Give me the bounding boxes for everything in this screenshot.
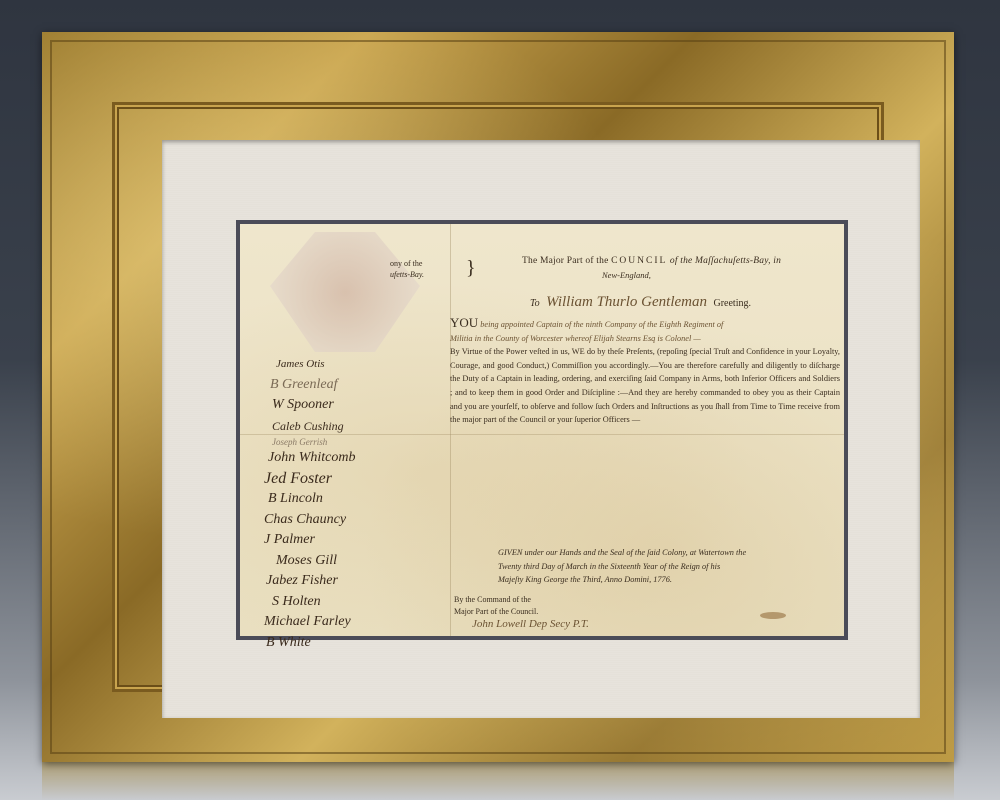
body-line-1: YOU being appointed Captain of the ninth… xyxy=(450,316,840,332)
signature: Jed Foster xyxy=(258,469,418,490)
salutation: To William Thurlo Gentleman Greeting. xyxy=(530,294,751,311)
commission-text: By Virtue of the Power veſted in us, WE … xyxy=(450,345,840,427)
signature: Caleb Cushing xyxy=(258,416,418,437)
linen-mat: ony of the ufetts-Bay. } The Major Part … xyxy=(162,140,920,718)
fold-line-vertical xyxy=(450,224,451,636)
signature: B Greenleaf xyxy=(258,375,418,396)
signature: Moses Gill xyxy=(258,551,418,572)
mat-bevel: ony of the ufetts-Bay. } The Major Part … xyxy=(236,220,848,640)
heading-suffix: of the Maſſachuſetts-Bay, in xyxy=(670,256,781,266)
signature: Chas Chauncy xyxy=(258,510,418,531)
document-heading: The Major Part of the COUNCIL of the Maſ… xyxy=(522,256,781,266)
signature: Joseph Gerrish xyxy=(258,436,418,448)
signature: S Holten xyxy=(258,592,418,613)
given-line-2: Twenty third Day of March in the Sixteen… xyxy=(498,560,838,574)
council-signatures: James Otis B Greenleaf W Spooner Caleb C… xyxy=(258,354,418,653)
given-line-1: GIVEN under our Hands and the Seal of th… xyxy=(498,546,838,560)
signature: Jabez Fisher xyxy=(258,571,418,592)
commission-document: ony of the ufetts-Bay. } The Major Part … xyxy=(240,224,844,636)
colony-label: ony of the ufetts-Bay. xyxy=(390,258,424,280)
appointment-text: being appointed Captain of the ninth Com… xyxy=(480,320,723,329)
heading-new-england: New-England, xyxy=(602,270,651,280)
body-lead-word: YOU xyxy=(450,315,478,330)
militia-text: Militia in the County of Worcester where… xyxy=(450,332,840,346)
colony-label-line: ony of the xyxy=(390,258,424,269)
signature: B White xyxy=(258,633,418,654)
signature: B Lincoln xyxy=(258,489,418,510)
signature: John Whitcomb xyxy=(258,448,418,469)
salutation-to: To xyxy=(530,298,540,309)
brace-glyph: } xyxy=(466,258,476,278)
given-line-3: Majeſty King George the Third, Anno Domi… xyxy=(498,573,838,587)
signature: Michael Farley xyxy=(258,612,418,633)
salutation-greeting: Greeting. xyxy=(714,298,752,309)
heading-council: COUNCIL xyxy=(611,256,667,266)
signature: J Palmer xyxy=(258,530,418,551)
commission-body: YOU being appointed Captain of the ninth… xyxy=(450,316,840,427)
recipient-name: William Thurlo Gentleman xyxy=(546,294,707,310)
frame-reflection xyxy=(42,762,954,800)
paper-seal xyxy=(270,232,420,352)
command-line-2: Major Part of the Council. xyxy=(454,606,538,618)
heading-prefix: The Major Part of the xyxy=(522,256,609,266)
ink-stain xyxy=(760,612,786,619)
command-line-1: By the Command of the xyxy=(454,594,538,606)
colony-label-line: ufetts-Bay. xyxy=(390,269,424,280)
command-clause: By the Command of the Major Part of the … xyxy=(454,594,538,618)
gilt-frame: ony of the ufetts-Bay. } The Major Part … xyxy=(42,32,954,762)
signature: James Otis xyxy=(258,354,418,375)
secretary-signature: John Lowell Dep Secy P.T. xyxy=(472,618,589,630)
given-clause: GIVEN under our Hands and the Seal of th… xyxy=(498,546,838,587)
signature: W Spooner xyxy=(258,395,418,416)
